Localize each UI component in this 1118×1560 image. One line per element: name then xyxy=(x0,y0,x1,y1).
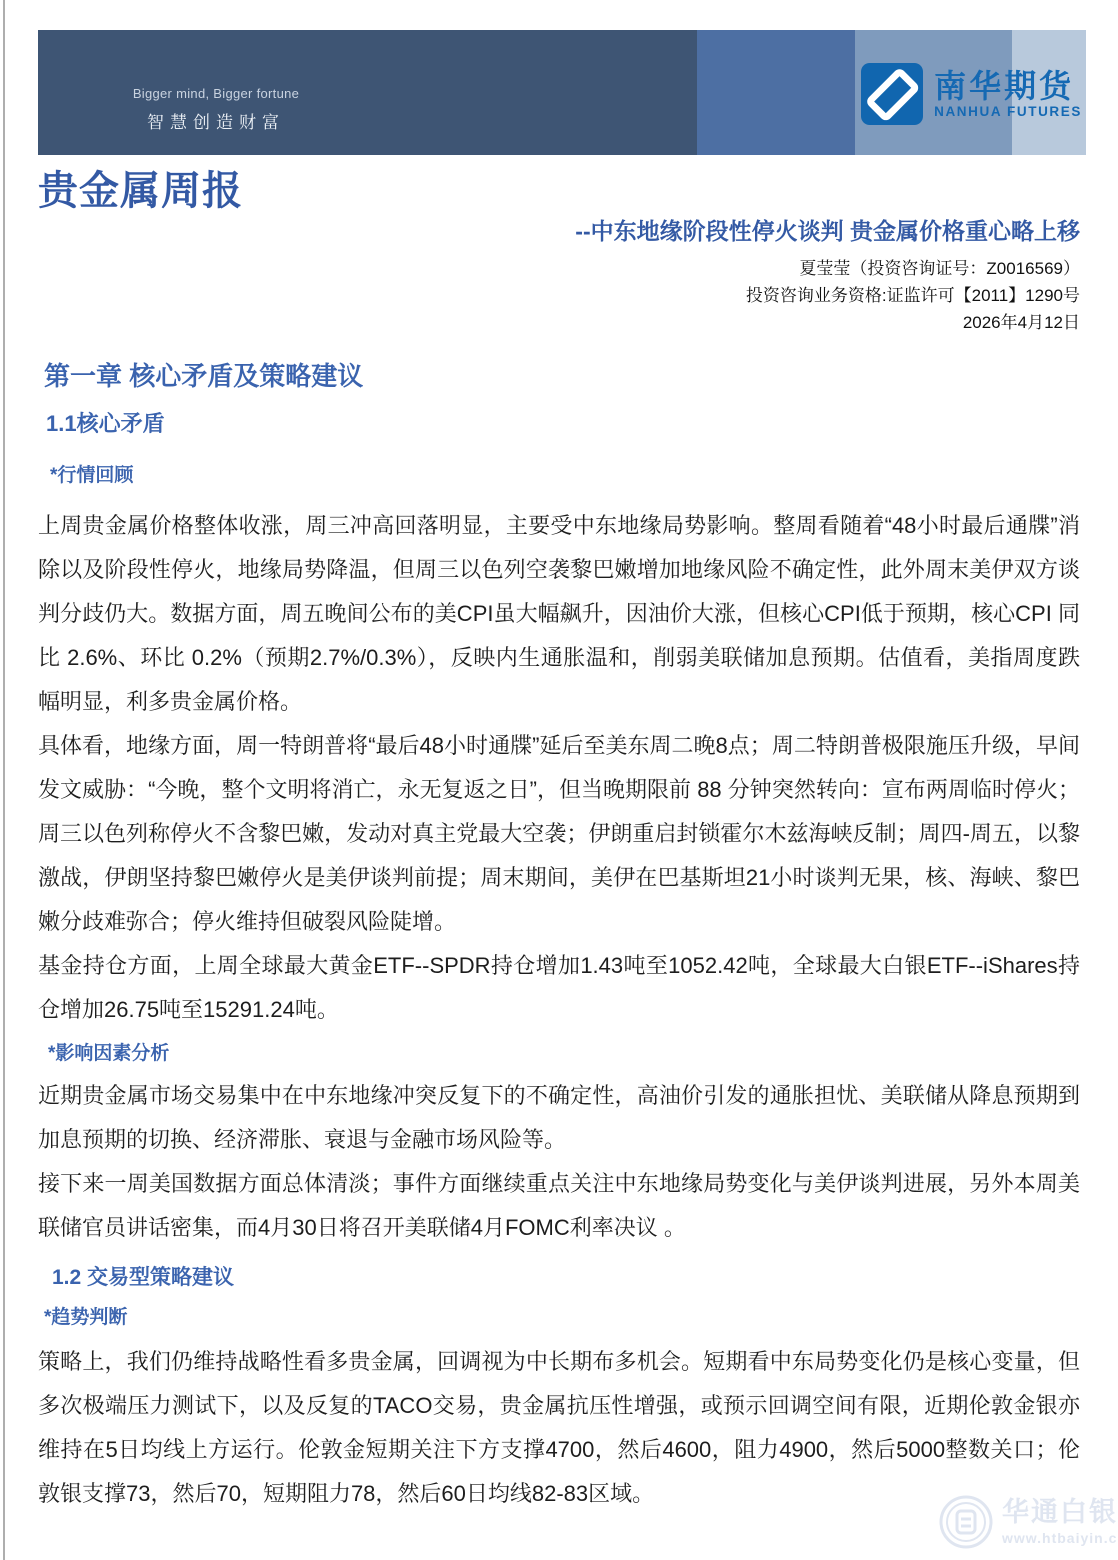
report-date: 2026年4月12日 xyxy=(38,309,1080,336)
report-meta: 夏莹莹（投资咨询证号：Z0016569） 投资咨询业务资格:证监许可【2011】… xyxy=(38,255,1080,336)
influence-factors-heading: *影响因素分析 xyxy=(38,1040,1080,1068)
watermark-site-name: 华通白银网 xyxy=(1002,1499,1118,1526)
site-watermark: 华通白银网 www.htbaiyin.com xyxy=(938,1494,1118,1550)
chapter-1-heading: 第一章 核心矛盾及策略建议 xyxy=(38,358,1080,394)
tagline-english: Bigger mind, Bigger fortune xyxy=(106,86,326,101)
paragraph-strategy: 策略上，我们仍维持战略性看多贵金属，回调视为中长期布多机会。短期看中东局势变化仍… xyxy=(38,1340,1080,1516)
tagline-chinese: 智慧创造财富 xyxy=(106,108,326,133)
watermark-site-url: www.htbaiyin.com xyxy=(1002,1531,1118,1545)
logo-name-english: NANHUA FUTURES xyxy=(934,105,1082,119)
report-content: Bigger mind, Bigger fortune 智慧创造财富 南华期货 … xyxy=(38,30,1080,1516)
trend-judgement-heading: *趋势判断 xyxy=(38,1304,1080,1332)
paragraph-factors-2: 接下来一周美国数据方面总体清淡；事件方面继续重点关注中东地缘局势变化与美伊谈判进… xyxy=(38,1162,1080,1250)
page-title: 贵金属周报 xyxy=(38,167,1080,215)
banner-band-medium xyxy=(697,30,855,155)
paragraph-market-review-1: 上周贵金属价格整体收涨，周三冲高回落明显，主要受中东地缘局势影响。整周看随着“4… xyxy=(38,504,1080,724)
paragraph-factors-1: 近期贵金属市场交易集中在中东地缘冲突反复下的不确定性，高油价引发的通胀担忧、美联… xyxy=(38,1074,1080,1162)
page-edge-divider xyxy=(3,0,5,1560)
paragraph-etf-holdings: 基金持仓方面，上周全球最大黄金ETF--SPDR持仓增加1.43吨至1052.4… xyxy=(38,944,1080,1032)
brand-tagline: Bigger mind, Bigger fortune 智慧创造财富 xyxy=(106,86,326,133)
market-review-heading: *行情回顾 xyxy=(38,462,1080,490)
nanhua-futures-logo: 南华期货 NANHUA FUTURES xyxy=(861,63,1082,125)
watermark-text: 华通白银网 www.htbaiyin.com xyxy=(1002,1499,1118,1545)
logo-name-chinese: 南华期货 xyxy=(934,70,1082,102)
qualification-line: 投资咨询业务资格:证监许可【2011】1290号 xyxy=(38,282,1080,309)
huatong-circle-icon xyxy=(938,1494,994,1550)
author-line: 夏莹莹（投资咨询证号：Z0016569） xyxy=(38,255,1080,282)
section-1-2-heading: 1.2 交易型策略建议 xyxy=(38,1262,1080,1294)
report-subtitle: --中东地缘阶段性停火谈判 贵金属价格重心略上移 xyxy=(38,215,1080,247)
section-1-1-heading: 1.1核心矛盾 xyxy=(38,408,1080,440)
logo-wordmark: 南华期货 NANHUA FUTURES xyxy=(934,70,1082,119)
brand-banner: Bigger mind, Bigger fortune 智慧创造财富 南华期货 … xyxy=(38,30,1086,155)
paragraph-market-review-2: 具体看，地缘方面，周一特朗普将“最后48小时通牒”延后至美东周二晚8点；周二特朗… xyxy=(38,724,1080,944)
nanhua-diamond-icon xyxy=(861,63,923,125)
report-page: Bigger mind, Bigger fortune 智慧创造财富 南华期货 … xyxy=(0,0,1118,1560)
